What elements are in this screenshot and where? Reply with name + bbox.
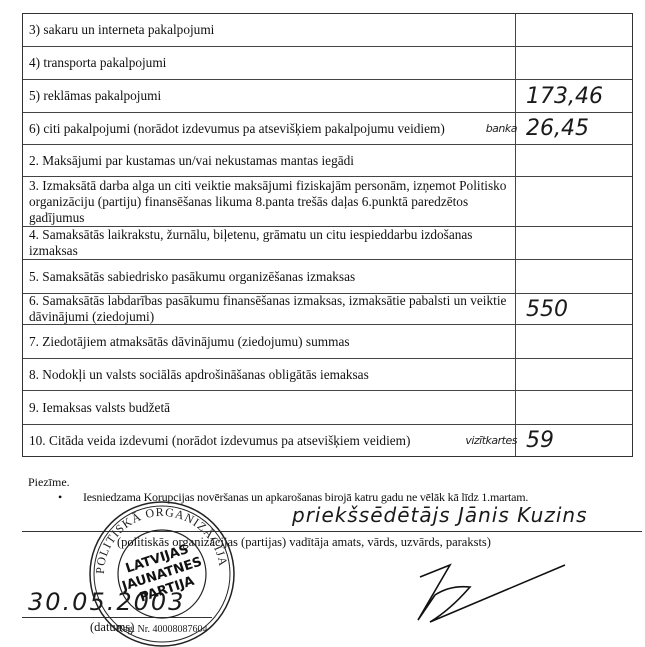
- row-value: 173,46: [516, 80, 632, 112]
- signature-scribble-icon: [390, 555, 570, 625]
- table-row: 8. Nodokļi un valsts sociālās apdrošināš…: [23, 359, 632, 391]
- row-label: 2. Maksājumi par kustamas un/vai nekusta…: [23, 145, 516, 176]
- expense-table: 3) sakaru un interneta pakalpojumi 4) tr…: [22, 13, 633, 457]
- row-value: [516, 260, 632, 293]
- row-label: 6) citi pakalpojumi (norādot izdevumus p…: [23, 113, 516, 144]
- table-row: 3. Izmaksātā darba alga un citi veiktie …: [23, 177, 632, 227]
- handwritten-note: vizītkartes: [465, 433, 517, 449]
- row-value: [516, 227, 632, 259]
- row-value: [516, 177, 632, 226]
- row-value: [516, 14, 632, 46]
- row-value: [516, 145, 632, 176]
- table-row: 7. Ziedotājiem atmaksātās dāvinājumu (zi…: [23, 325, 632, 359]
- row-label-text: 6) citi pakalpojumi (norādot izdevumus p…: [29, 121, 445, 137]
- table-row: 10. Citāda veida izdevumi (norādot izdev…: [23, 425, 632, 456]
- table-row: 4. Samaksātās laikrakstu, žurnālu, biļet…: [23, 227, 632, 260]
- table-row: 4) transporta pakalpojumi: [23, 47, 632, 80]
- table-row: 3) sakaru un interneta pakalpojumi: [23, 14, 632, 47]
- stamp-seal-icon: POLITISKĀ ORGANIZĀCIJA LATVIJAS JAUNATNE…: [88, 500, 236, 647]
- table-row: 6) citi pakalpojumi (norādot izdevumus p…: [23, 113, 632, 145]
- table-row: 5) reklāmas pakalpojumi 173,46: [23, 80, 632, 113]
- row-label: 4) transporta pakalpojumi: [23, 47, 516, 79]
- stamp: POLITISKĀ ORGANIZĀCIJA LATVIJAS JAUNATNE…: [88, 500, 236, 647]
- table-row: 9. Iemaksas valsts budžetā: [23, 391, 632, 425]
- row-value: [516, 391, 632, 424]
- row-value: 26,45: [516, 113, 632, 144]
- note-title: Piezīme.: [28, 475, 70, 490]
- row-value: 550: [516, 294, 632, 324]
- row-value: [516, 359, 632, 390]
- row-label: 3. Izmaksātā darba alga un citi veiktie …: [23, 177, 516, 226]
- row-label: 4. Samaksātās laikrakstu, žurnālu, biļet…: [23, 227, 516, 259]
- row-label-text: 10. Citāda veida izdevumi (norādot izdev…: [29, 433, 410, 449]
- table-row: 5. Samaksātās sabiedrisko pasākumu organ…: [23, 260, 632, 294]
- signer-handwritten: priekšsēdētājs Jānis Kuzins: [292, 503, 588, 527]
- row-value: [516, 325, 632, 358]
- row-label: 10. Citāda veida izdevumi (norādot izdev…: [23, 425, 516, 456]
- row-label: 3) sakaru un interneta pakalpojumi: [23, 14, 516, 46]
- row-label: 5. Samaksātās sabiedrisko pasākumu organ…: [23, 260, 516, 293]
- row-value: 59: [516, 425, 632, 456]
- row-label: 9. Iemaksas valsts budžetā: [23, 391, 516, 424]
- row-label: 5) reklāmas pakalpojumi: [23, 80, 516, 112]
- row-value: [516, 47, 632, 79]
- row-label: 7. Ziedotājiem atmaksātās dāvinājumu (zi…: [23, 325, 516, 358]
- row-label: 8. Nodokļi un valsts sociālās apdrošināš…: [23, 359, 516, 390]
- handwritten-note: banka: [486, 121, 517, 137]
- table-row: 2. Maksājumi par kustamas un/vai nekusta…: [23, 145, 632, 177]
- table-row: 6. Samaksātās labdarības pasākumu finans…: [23, 294, 632, 325]
- row-label: 6. Samaksātās labdarības pasākumu finans…: [23, 294, 516, 324]
- svg-text:Reg. Nr. 40008087604: Reg. Nr. 40008087604: [116, 624, 207, 635]
- bullet: •: [58, 490, 62, 505]
